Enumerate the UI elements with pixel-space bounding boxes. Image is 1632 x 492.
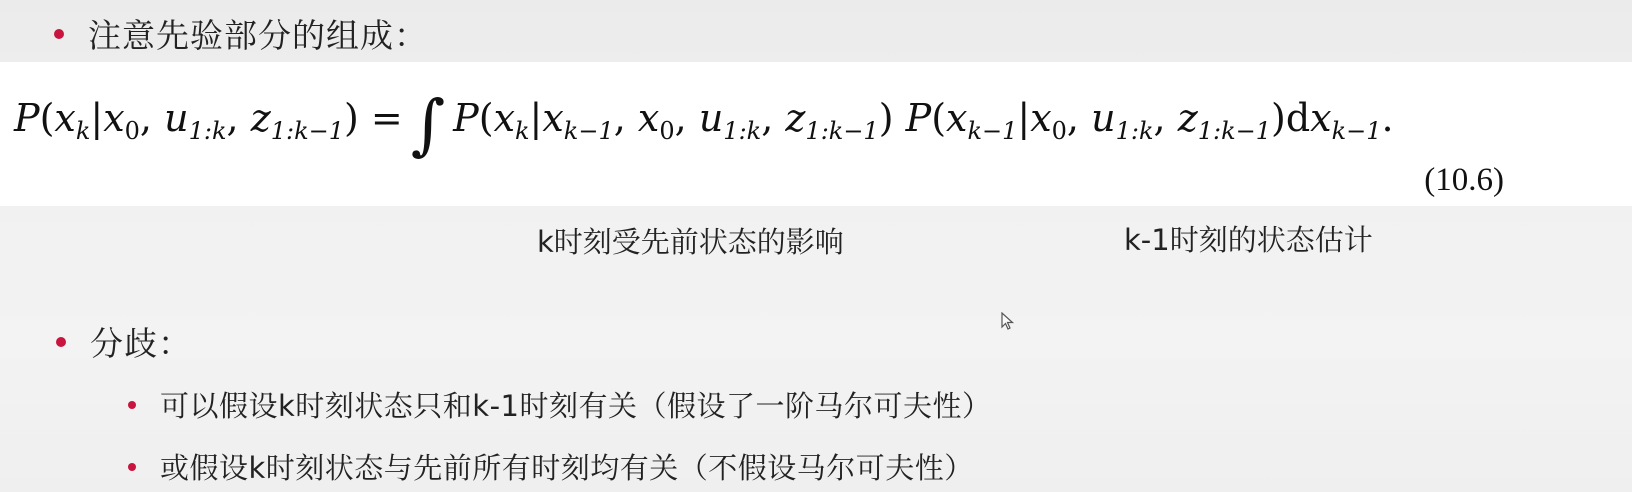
equation-number: (10.6) [1424,162,1504,199]
annotation-transition: k时刻受先前状态的影响 [537,220,844,261]
sub-bullet-markov: 可以假设k时刻状态只和k-1时刻有关（假设了一阶马尔可夫性） [128,384,992,425]
bullet-dot-icon [56,337,66,347]
integral-sign: ∫ [411,86,445,163]
equals-sign: = [371,96,403,140]
differential: dxk−1. [1286,96,1394,140]
bullet-text: 分歧： [90,318,192,365]
arrow-pointer-icon [1001,312,1015,336]
bullet-divergence: 分歧： [56,318,192,365]
lhs: P(xk|x0, u1:k, z1:k−1) [14,96,359,140]
bullet-dot-icon [128,401,136,409]
equation-band: P(xk|x0, u1:k, z1:k−1) =∫P(xk|xk−1, x0, … [0,62,1632,206]
bullet-prior-composition: 注意先验部分的组成： [54,10,428,57]
bullet-text: 注意先验部分的组成： [88,10,428,57]
bullet-dot-icon [54,29,64,39]
term-transition: P(xk|xk−1, x0, u1:k, z1:k−1) [453,96,893,140]
sub-bullet-non-markov: 或假设k时刻状态与先前所有时刻均有关（不假设马尔可夫性） [128,446,974,487]
equation-10-6: P(xk|x0, u1:k, z1:k−1) =∫P(xk|xk−1, x0, … [14,86,1394,163]
annotation-prior-estimate: k-1时刻的状态估计 [1124,218,1373,259]
bullet-dot-icon [128,463,136,471]
term-prior-estimate: P(xk−1|x0, u1:k, z1:k−1) [906,96,1286,140]
sub-bullet-text: 可以假设k时刻状态只和k-1时刻有关（假设了一阶马尔可夫性） [160,384,992,425]
sub-bullet-text: 或假设k时刻状态与先前所有时刻均有关（不假设马尔可夫性） [160,446,974,487]
